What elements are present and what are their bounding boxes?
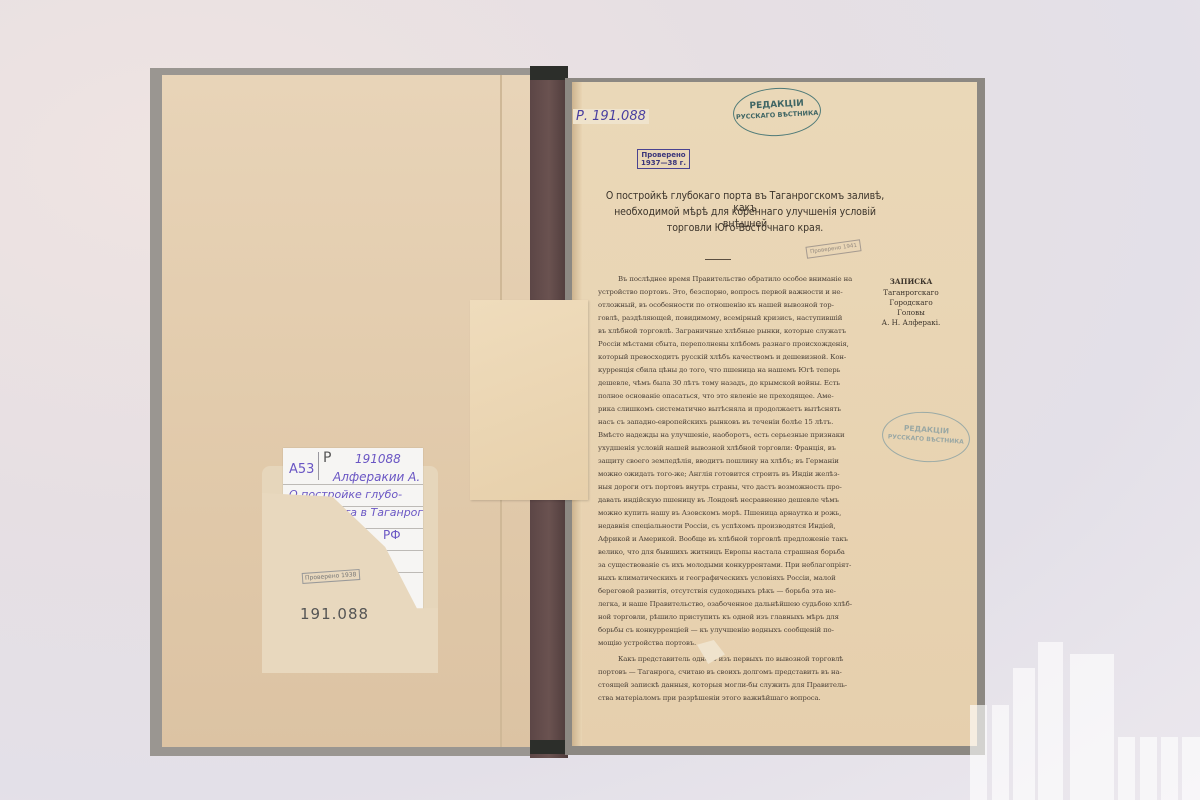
card-note: РФ xyxy=(383,528,401,542)
body-line: за существованіе съ ихъ молодыми конкурр… xyxy=(598,561,860,569)
body-line: Россіи мѣстами сбыта, переполнены хлѣбом… xyxy=(598,340,860,348)
body-line: Какъ представитель одного изъ первыхъ по… xyxy=(598,655,860,663)
title-rule xyxy=(705,259,731,260)
shelf-code: А53 xyxy=(289,462,314,477)
checked-stamp-line-1: Проверено xyxy=(641,151,686,159)
body-line: мощію устройства портовъ. xyxy=(598,639,860,647)
watermark-bar xyxy=(1140,737,1157,800)
body-line: курренція сбила цѣны до того, что пшениц… xyxy=(598,366,860,374)
body-line: можно ожидать того-же; Англія готовится … xyxy=(598,470,860,478)
body-line: ныхъ климатическихъ и географическихъ ус… xyxy=(598,574,860,582)
body-line: устройство портовъ. Это, безспорно, вопр… xyxy=(598,288,860,296)
body-line: недавнія спеціальности Россіи, съ успѣхо… xyxy=(598,522,860,530)
watermark-bar xyxy=(992,705,1009,800)
body-line: портовъ — Таганрога, считаю въ своихъ до… xyxy=(598,668,860,676)
side-note-line: Головы xyxy=(868,308,954,317)
body-line: ухудшенія условій нашей вывозной хлѣбной… xyxy=(598,444,860,452)
checked-stamp: Проверено 1937—38 г. xyxy=(637,149,690,169)
body-line: который превосходитъ русскій хлѣбъ качес… xyxy=(598,353,860,361)
body-line: рика слишкомъ систематично вытѣсняла и п… xyxy=(598,405,860,413)
watermark-bar xyxy=(1182,737,1200,800)
fund-letter: Р xyxy=(323,450,331,466)
body-line: дешевле, чѣмъ была 30 лѣтъ тому назадъ, … xyxy=(598,379,860,387)
envelope-stamp: Проверено 1938 xyxy=(302,569,360,584)
body-line: говлѣ, раздѣляющей, повидимому, всемірны… xyxy=(598,314,860,322)
watermark-bar xyxy=(1038,642,1063,800)
checked-stamp-line-2: 1937—38 г. xyxy=(641,159,686,167)
watermark-bar xyxy=(1118,737,1135,800)
body-line: Вмѣсто надежды на улучшеніе, наоборотъ, … xyxy=(598,431,860,439)
side-note-author: А. Н. Алферакi. xyxy=(868,318,954,327)
document-title-line-3: торговли Юго-Восточнаго края. xyxy=(600,222,890,234)
body-line: Въ послѣднее время Правительство обратил… xyxy=(598,275,860,283)
body-line: защиту своего земледѣлія, вводитъ пошлин… xyxy=(598,457,860,465)
body-line: можно купить нашу въ Азовскомъ морѣ. Пше… xyxy=(598,509,860,517)
body-line: борьбы съ конкурренціей — къ улучшенію в… xyxy=(598,626,860,634)
spine-cap-bottom xyxy=(530,740,568,754)
spine-cap-top xyxy=(530,66,568,80)
body-line: полное основаніе опасаться, что это явле… xyxy=(598,392,860,400)
card-author: Алферакии А. xyxy=(333,470,420,484)
loose-paper-slip xyxy=(470,300,588,500)
body-line: отложный, въ особенности по отношенію къ… xyxy=(598,301,860,309)
body-line: насъ съ западно-европейскихъ рынковъ въ … xyxy=(598,418,860,426)
body-line: Африкой и Америкой. Вообще въ хлѣбной то… xyxy=(598,535,860,543)
card-rule xyxy=(283,484,423,485)
envelope-number: 191.088 xyxy=(300,605,369,623)
body-line: ства матеріаломъ при разрѣшеніи этого ва… xyxy=(598,694,860,702)
side-note-line: Городскаго xyxy=(868,298,954,307)
body-line: велико, что для бывшихъ житницъ Европы н… xyxy=(598,548,860,556)
watermark-bar xyxy=(1161,737,1178,800)
inventory-mark: Р. 191.088 xyxy=(573,109,649,124)
body-line: давать индійскую пшеницу въ Лондонѣ неср… xyxy=(598,496,860,504)
body-line: береговой развитія, отсутствія судоходны… xyxy=(598,587,860,595)
side-note-heading: ЗАПИСКА xyxy=(868,277,954,286)
body-line: ныя дороги отъ портовъ внутрь страны, чт… xyxy=(598,483,860,491)
body-line: стоящей запискѣ данныя, которыя могли-бы… xyxy=(598,681,860,689)
watermark-bar xyxy=(1013,668,1035,800)
inventory-number: 191088 xyxy=(355,452,401,466)
body-line: легка, и наше Правительство, озабоченное… xyxy=(598,600,860,608)
body-line: въ хлѣбной торговлѣ. Заграничные хлѣбные… xyxy=(598,327,860,335)
watermark-bar xyxy=(970,705,987,800)
watermark-bar xyxy=(1070,654,1114,800)
body-line: ной торговли, рѣшило приступить къ одной… xyxy=(598,613,860,621)
card-divider xyxy=(318,452,319,480)
side-note-line: Таганрогскаго xyxy=(868,288,954,297)
